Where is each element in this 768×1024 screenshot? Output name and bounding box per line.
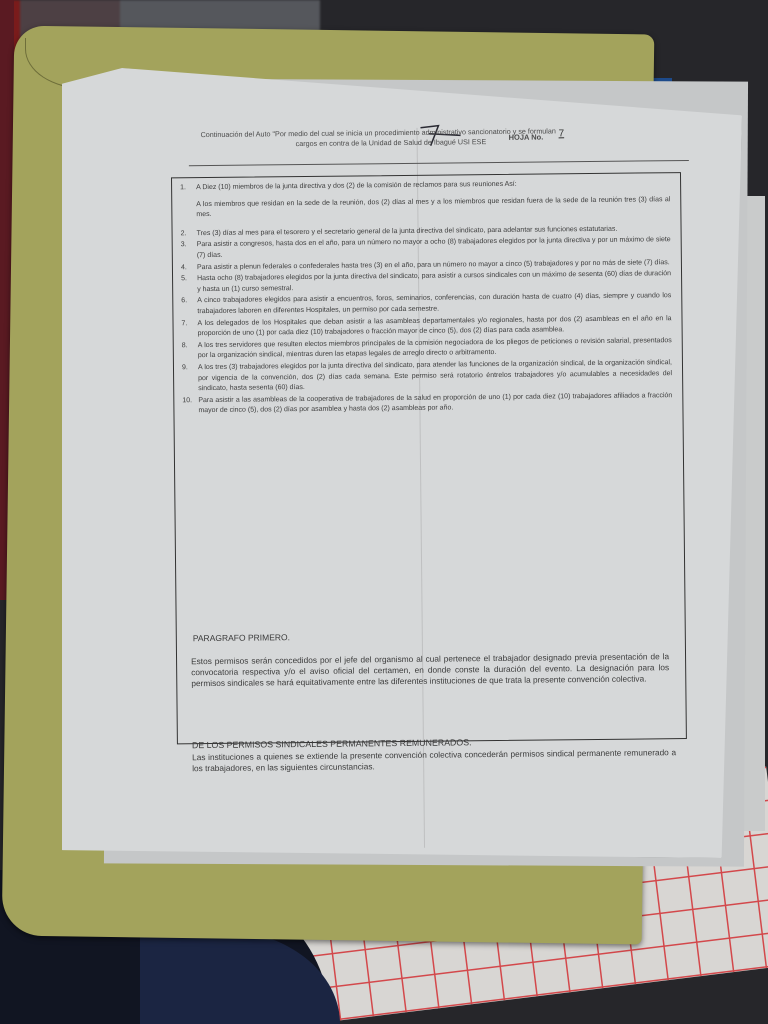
header-rule [189,160,689,166]
section-body: Las instituciones a quienes se extiende … [192,747,676,774]
paragrafo-body: Estos permisos serán concedidos por el j… [191,651,669,690]
list-item: 1.A Diez (10) miembros de la junta direc… [180,178,670,194]
list-item: 10.Para asistir a las asambleas de la co… [182,391,672,417]
section-title: DE LOS PERMISOS SINDICALES PERMANENTES R… [192,737,472,750]
content-box: 1.A Diez (10) miembros de la junta direc… [171,172,687,744]
item-number: 4. [181,263,197,274]
sheet-number: 7 [559,128,565,139]
item-text: A Diez (10) miembros de la junta directi… [196,178,670,194]
item-text: A los tres (3) trabajadores elegidos por… [198,358,672,395]
item-number: 1. [180,183,196,194]
item-number: 6. [181,296,197,317]
item-number: 5. [181,274,197,295]
item-text: Para asistir a las asambleas de la coope… [198,391,672,417]
sheet-label: HOJA No. [509,133,544,142]
item-number: 7. [181,319,197,340]
item-number: 10. [182,396,198,417]
item-number: 8. [182,341,198,362]
permissions-list: 1.A Diez (10) miembros de la junta direc… [180,178,672,418]
list-item: 9.A los tres (3) trabajadores elegidos p… [182,358,672,395]
page-header: Continuación del Auto "Por medio del cua… [201,125,671,150]
paragrafo-title: PARAGRAFO PRIMERO. [193,632,290,643]
item-subparagraph: A los miembros que residan en la sede de… [180,195,670,221]
item-number: 3. [181,241,197,262]
item-number: 2. [181,229,197,240]
document-content: Continuación del Auto "Por medio del cua… [58,64,746,861]
item-number: 9. [182,363,198,395]
